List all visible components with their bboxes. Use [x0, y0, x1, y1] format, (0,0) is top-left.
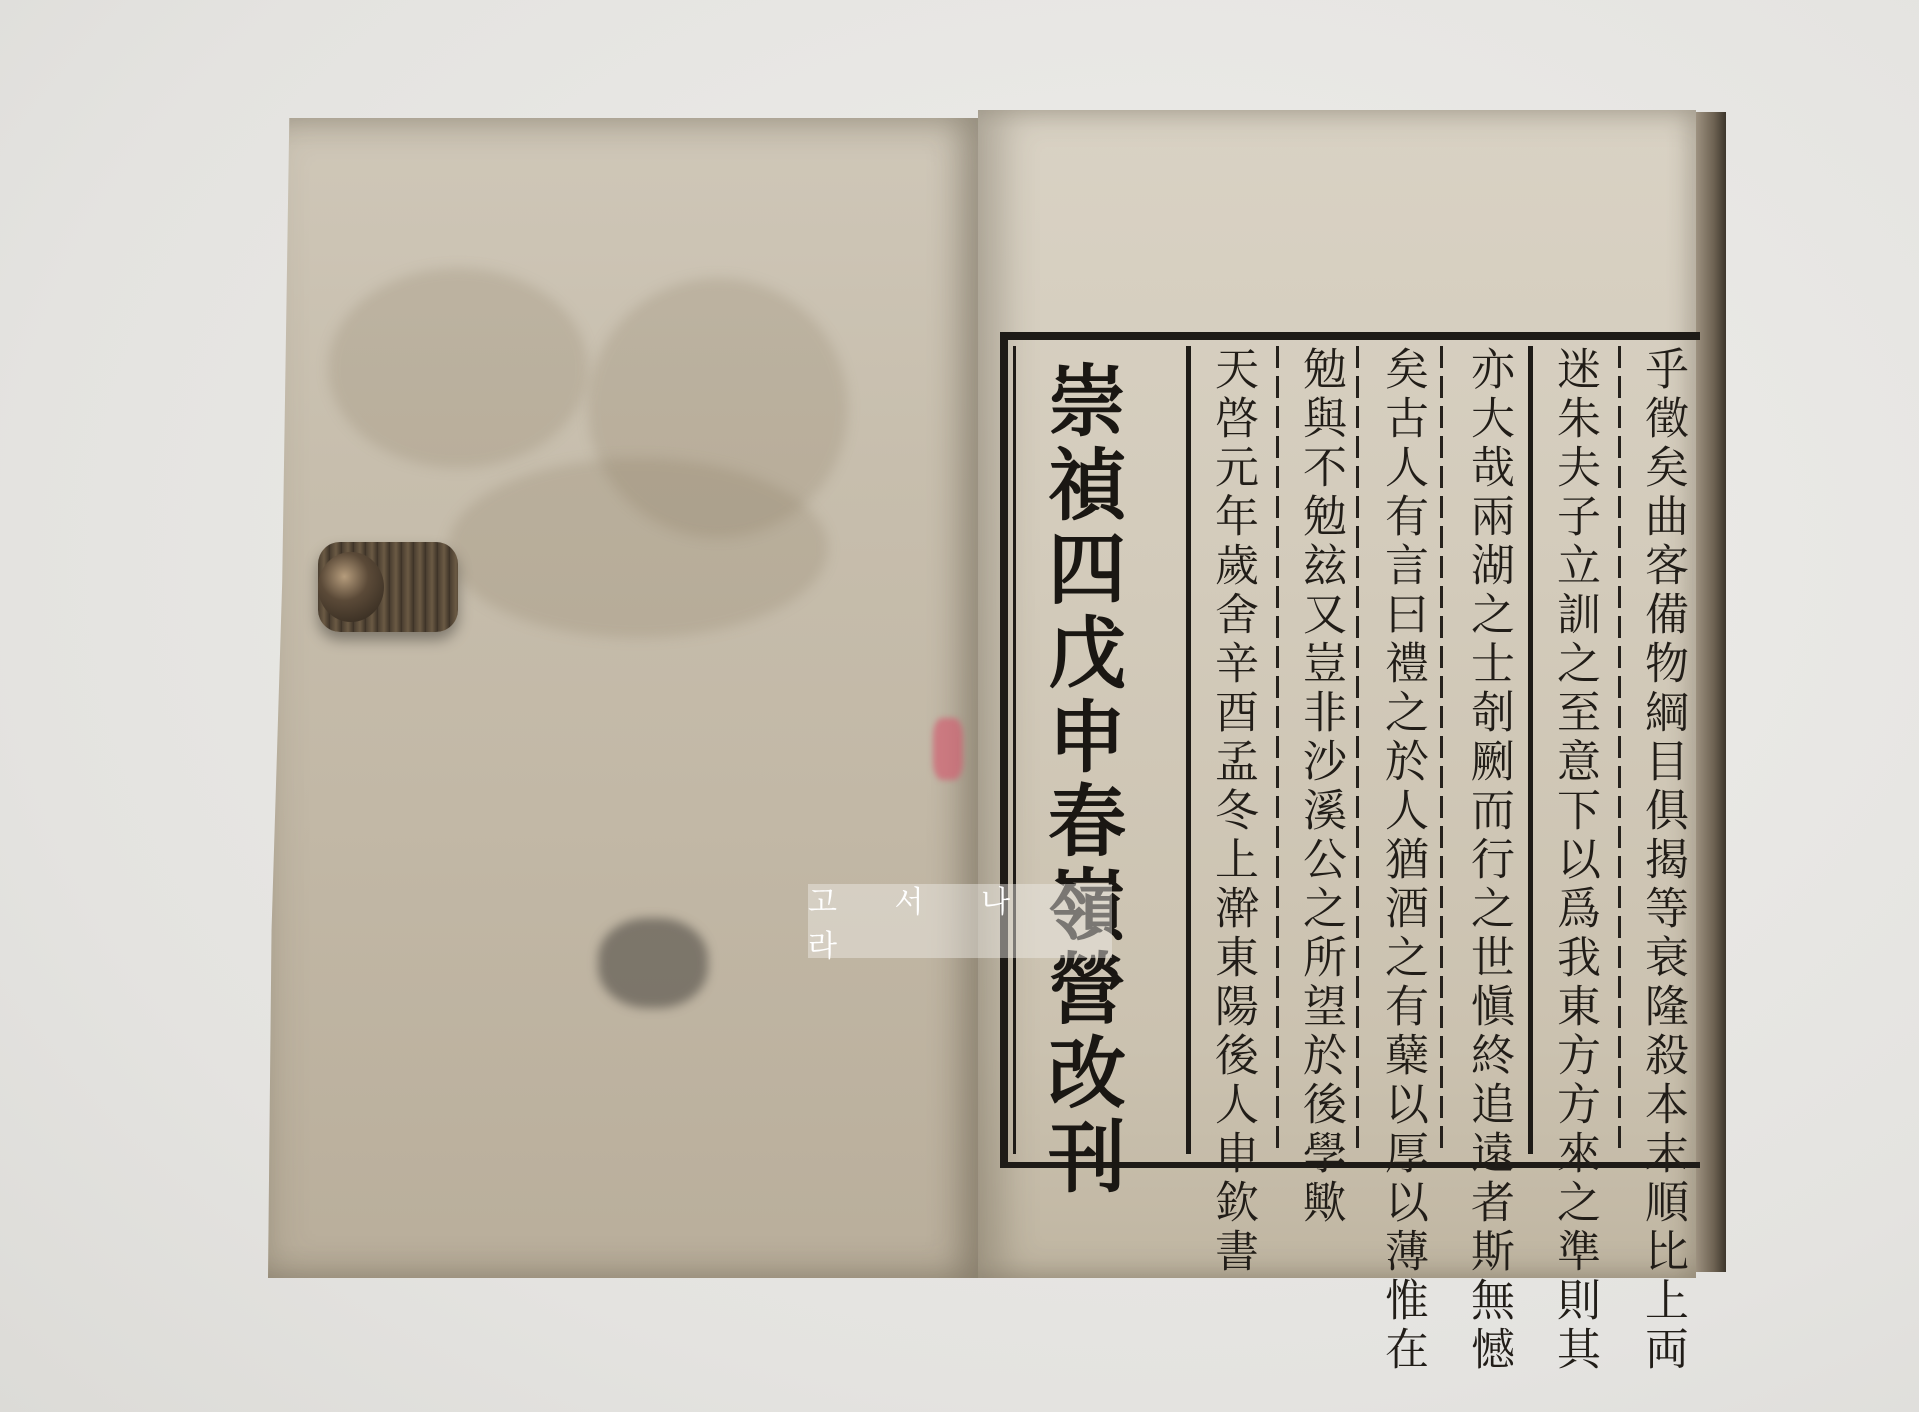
- text-column-6: 天啓元年歲舍辛酉孟冬上澣東陽後人申欽書: [1202, 346, 1262, 1277]
- red-mark: [933, 718, 963, 780]
- column-rule: [1618, 346, 1621, 1154]
- text-column-1: 乎徵矣曲客備物綱目俱揭等衰隆殺本末順比上両: [1632, 346, 1692, 1375]
- water-stain: [448, 458, 828, 638]
- title-column: 崇禎四戊申春嶺營改刊: [1020, 360, 1130, 1200]
- column-rule: [1276, 346, 1279, 1154]
- water-stain: [328, 268, 588, 468]
- watermark: 고 서 나 라: [808, 884, 1112, 958]
- page-edge: [1696, 112, 1726, 1272]
- ink-blot: [598, 918, 708, 1008]
- text-column-3: 亦大哉兩湖之士剞劂而行之世愼終追遠者斯無憾: [1458, 346, 1518, 1375]
- left-page: [268, 118, 978, 1278]
- column-rule: [1186, 346, 1191, 1154]
- column-rule: [1356, 346, 1359, 1154]
- text-column-5: 勉與不勉玆又豈非沙溪公之所望於後學歟: [1290, 346, 1350, 1228]
- frame-inner-line: [1013, 346, 1016, 1154]
- text-column-2: 迷朱夫子立訓之至意下以爲我東方方來之準則其: [1544, 346, 1604, 1375]
- column-rule: [1440, 346, 1443, 1154]
- column-rule: [1528, 346, 1533, 1154]
- text-column-4: 矣古人有言曰禮之於人猶酒之有蘖以厚以薄惟在: [1372, 346, 1432, 1375]
- book-weight-knob: [318, 552, 384, 622]
